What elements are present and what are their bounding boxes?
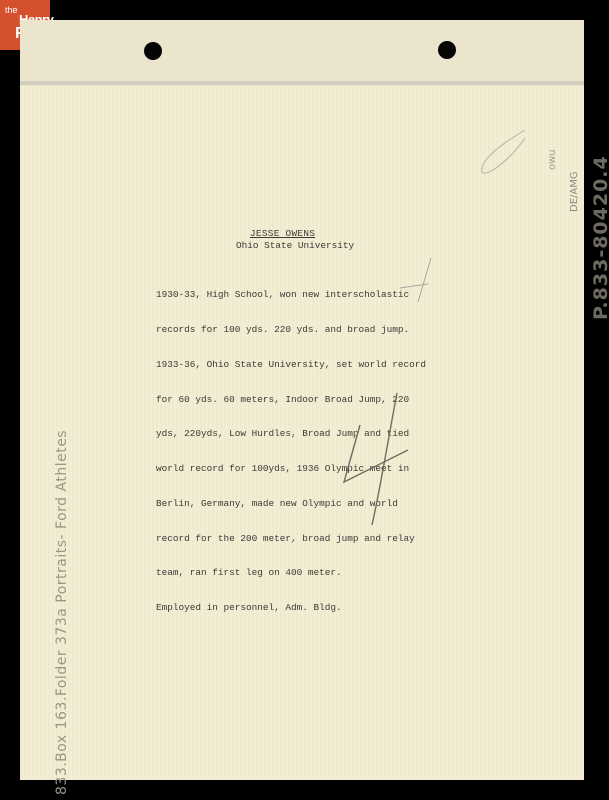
page-number-4-mark	[372, 393, 397, 525]
logo-the: the	[5, 6, 18, 15]
document-page: JESSE OWENS Ohio State University 1930-3…	[20, 20, 584, 780]
right-margin-object-id: P.833-80420.4	[590, 155, 609, 320]
pencil-marks	[20, 20, 584, 780]
